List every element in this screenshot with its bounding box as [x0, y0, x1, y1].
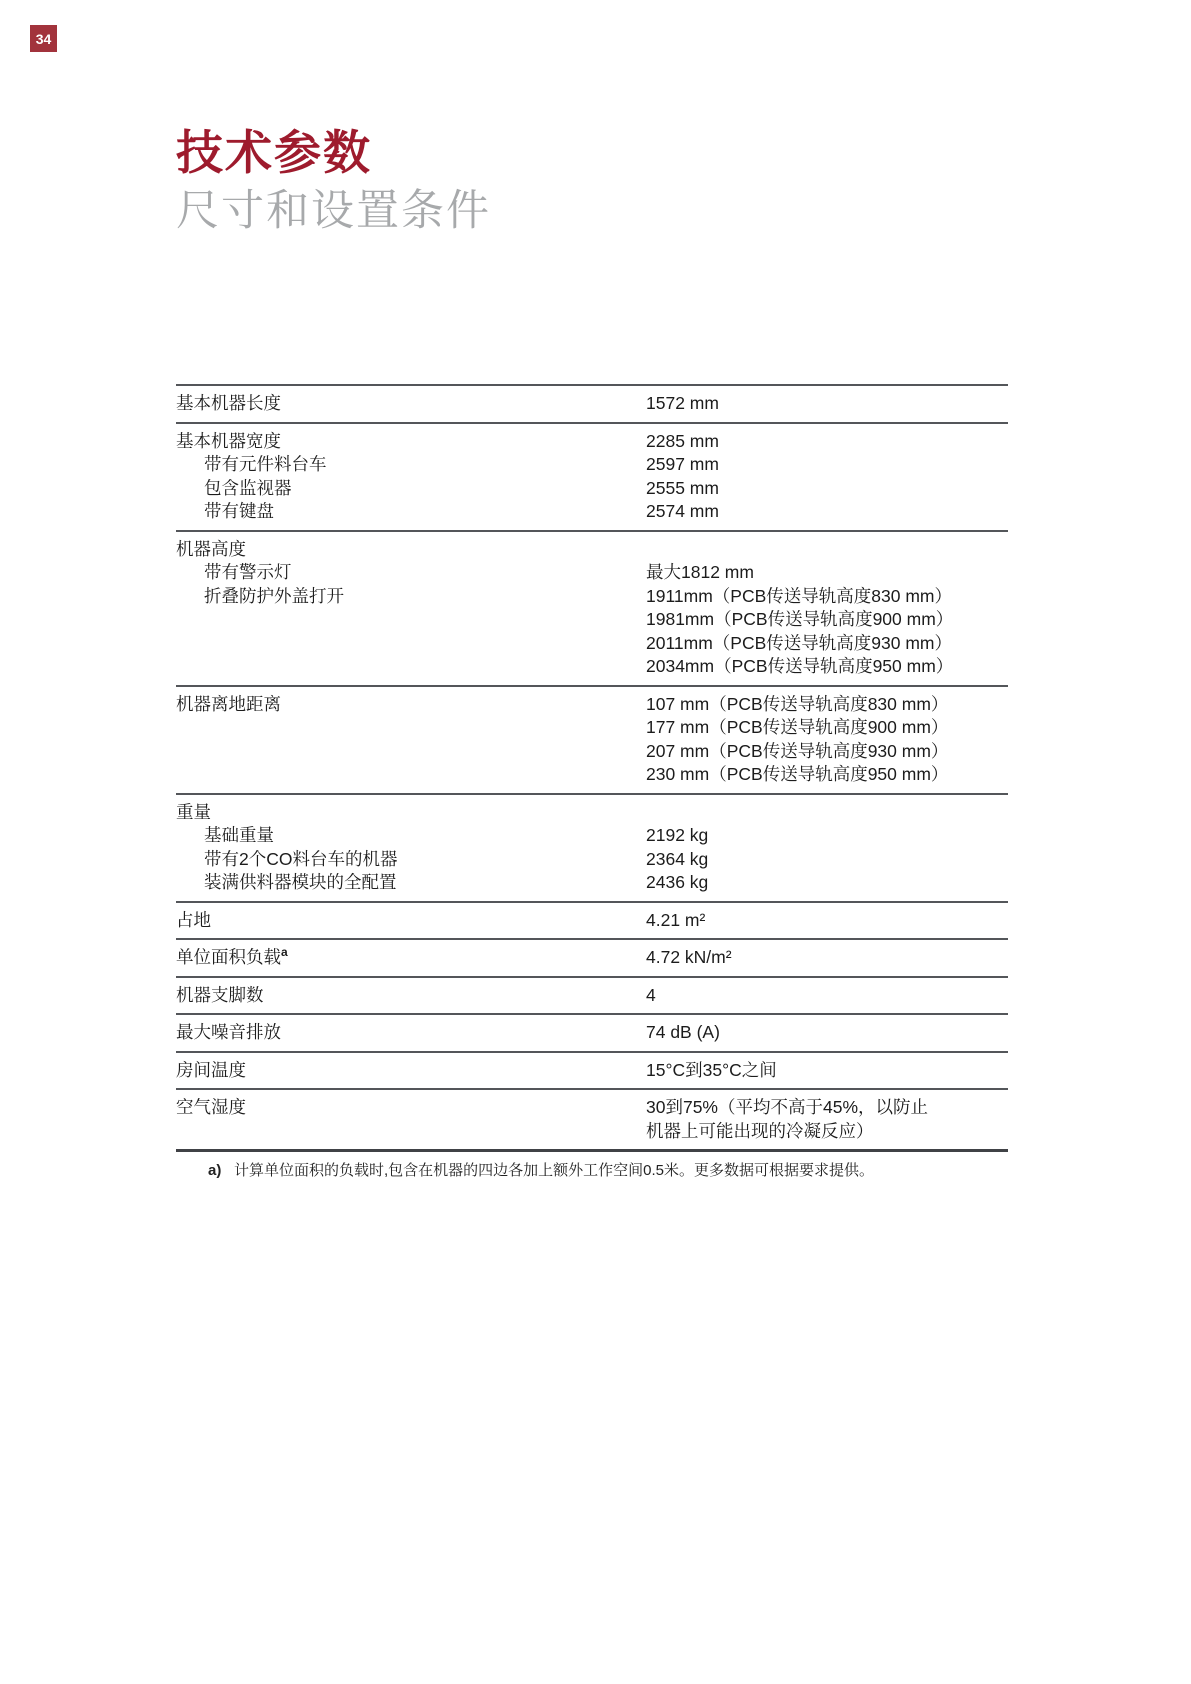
spec-value-column: 74 dB (A) — [646, 1021, 1008, 1045]
spec-value: 2555 mm — [646, 477, 1008, 501]
spec-value: 4 — [646, 984, 1008, 1008]
spec-value: 30到75%（平均不高于45%，以防止 — [646, 1096, 1008, 1120]
spec-value: 2192 kg — [646, 824, 1008, 848]
spec-section: 空气湿度 30到75%（平均不高于45%，以防止机器上可能出现的冷凝反应） — [176, 1088, 1008, 1149]
spec-value-column: 15°C到35°C之间 — [646, 1059, 1008, 1083]
spec-label — [176, 632, 646, 656]
page-number: 34 — [36, 31, 52, 47]
spec-value: 2364 kg — [646, 848, 1008, 872]
spec-label-column: 房间温度 — [176, 1059, 646, 1083]
spec-value-column: 最大1812 mm1911mm（PCB传送导轨高度830 mm）1981mm（P… — [646, 538, 1008, 679]
spec-value-column: 4 — [646, 984, 1008, 1008]
spec-value-column: 1572 mm — [646, 392, 1008, 416]
spec-label-column: 占地 — [176, 909, 646, 933]
spec-label: 机器支脚数 — [176, 984, 646, 1008]
spec-section: 占地4.21 m² — [176, 901, 1008, 939]
footnote-marker: a) — [208, 1161, 234, 1181]
spec-value: 1911mm（PCB传送导轨高度830 mm） — [646, 585, 1008, 609]
spec-label: 带有元件料台车 — [176, 453, 646, 477]
spec-section: 房间温度15°C到35°C之间 — [176, 1051, 1008, 1089]
spec-label: 房间温度 — [176, 1059, 646, 1083]
spec-label — [176, 740, 646, 764]
spec-value: 207 mm（PCB传送导轨高度930 mm） — [646, 740, 1008, 764]
footnote: a) 计算单位面积的负载时,包含在机器的四边各加上额外工作空间0.5米。更多数据… — [208, 1161, 998, 1181]
spec-label: 带有键盘 — [176, 500, 646, 524]
spec-section: 基本机器长度1572 mm — [176, 384, 1008, 422]
page-title: 技术参数 — [176, 126, 491, 182]
spec-label-column: 单位面积负载a — [176, 946, 646, 970]
spec-value: 机器上可能出现的冷凝反应） — [646, 1120, 1008, 1144]
header: 技术参数 尺寸和设置条件 — [176, 126, 491, 238]
spec-value-column: 2285 mm2597 mm2555 mm2574 mm — [646, 430, 1008, 524]
spec-section: 基本机器宽度带有元件料台车包含监视器带有键盘2285 mm2597 mm2555… — [176, 422, 1008, 530]
spec-value: 74 dB (A) — [646, 1021, 1008, 1045]
spec-label: 包含监视器 — [176, 477, 646, 501]
spec-label: 空气湿度 — [176, 1096, 646, 1120]
spec-label-column: 最大噪音排放 — [176, 1021, 646, 1045]
spec-value-column: 2192 kg2364 kg2436 kg — [646, 801, 1008, 895]
spec-value: 1981mm（PCB传送导轨高度900 mm） — [646, 608, 1008, 632]
spec-value: 4.21 m² — [646, 909, 1008, 933]
page-subtitle: 尺寸和设置条件 — [176, 186, 491, 238]
spec-label: 基本机器宽度 — [176, 430, 646, 454]
spec-value: 107 mm（PCB传送导轨高度830 mm） — [646, 693, 1008, 717]
spec-value: 最大1812 mm — [646, 561, 1008, 585]
spec-value: 2011mm（PCB传送导轨高度930 mm） — [646, 632, 1008, 656]
spec-value: 2034mm（PCB传送导轨高度950 mm） — [646, 655, 1008, 679]
spec-value — [646, 801, 1008, 825]
spec-label: 重量 — [176, 801, 646, 825]
spec-value: 2436 kg — [646, 871, 1008, 895]
spec-label: 占地 — [176, 909, 646, 933]
spec-value-column: 4.72 kN/m² — [646, 946, 1008, 970]
spec-value-column: 4.21 m² — [646, 909, 1008, 933]
spec-label — [176, 608, 646, 632]
spec-label: 最大噪音排放 — [176, 1021, 646, 1045]
spec-value: 4.72 kN/m² — [646, 946, 1008, 970]
spec-table: 基本机器长度1572 mm基本机器宽度带有元件料台车包含监视器带有键盘2285 … — [176, 384, 1008, 1152]
spec-label: 带有警示灯 — [176, 561, 646, 585]
spec-label-column: 机器高度带有警示灯折叠防护外盖打开 — [176, 538, 646, 679]
spec-label — [176, 1120, 646, 1144]
spec-label: 机器高度 — [176, 538, 646, 562]
spec-value-column: 30到75%（平均不高于45%，以防止机器上可能出现的冷凝反应） — [646, 1096, 1008, 1143]
spec-label: 机器离地距离 — [176, 693, 646, 717]
spec-label — [176, 763, 646, 787]
spec-label — [176, 716, 646, 740]
spec-label: 装满供料器模块的全配置 — [176, 871, 646, 895]
spec-label: 基本机器长度 — [176, 392, 646, 416]
page-number-badge: 34 — [30, 25, 57, 52]
spec-value: 2597 mm — [646, 453, 1008, 477]
spec-label-column: 基本机器长度 — [176, 392, 646, 416]
spec-label-column: 机器离地距离 — [176, 693, 646, 787]
spec-value: 2285 mm — [646, 430, 1008, 454]
spec-label: 单位面积负载a — [176, 946, 646, 970]
spec-label: 折叠防护外盖打开 — [176, 585, 646, 609]
footnote-ref-sup: a — [281, 945, 288, 959]
footnote-text: 计算单位面积的负载时,包含在机器的四边各加上额外工作空间0.5米。更多数据可根据… — [234, 1161, 998, 1181]
spec-label — [176, 655, 646, 679]
spec-label-column: 机器支脚数 — [176, 984, 646, 1008]
spec-section: 机器离地距离 107 mm（PCB传送导轨高度830 mm）177 mm（PCB… — [176, 685, 1008, 793]
spec-value: 2574 mm — [646, 500, 1008, 524]
spec-section: 重量基础重量带有2个CO料台车的机器装满供料器模块的全配置 2192 kg236… — [176, 793, 1008, 901]
spec-section: 单位面积负载a4.72 kN/m² — [176, 938, 1008, 976]
spec-value: 177 mm（PCB传送导轨高度900 mm） — [646, 716, 1008, 740]
spec-section: 机器支脚数4 — [176, 976, 1008, 1014]
spec-section: 最大噪音排放74 dB (A) — [176, 1013, 1008, 1051]
spec-label-column: 基本机器宽度带有元件料台车包含监视器带有键盘 — [176, 430, 646, 524]
spec-section: 机器高度带有警示灯折叠防护外盖打开 最大1812 mm1911mm（PCB传送导… — [176, 530, 1008, 685]
spec-value: 230 mm（PCB传送导轨高度950 mm） — [646, 763, 1008, 787]
spec-label: 带有2个CO料台车的机器 — [176, 848, 646, 872]
spec-value-column: 107 mm（PCB传送导轨高度830 mm）177 mm（PCB传送导轨高度9… — [646, 693, 1008, 787]
spec-label-column: 空气湿度 — [176, 1096, 646, 1143]
spec-label: 基础重量 — [176, 824, 646, 848]
spec-value — [646, 538, 1008, 562]
spec-value: 15°C到35°C之间 — [646, 1059, 1008, 1083]
spec-value: 1572 mm — [646, 392, 1008, 416]
spec-label-column: 重量基础重量带有2个CO料台车的机器装满供料器模块的全配置 — [176, 801, 646, 895]
